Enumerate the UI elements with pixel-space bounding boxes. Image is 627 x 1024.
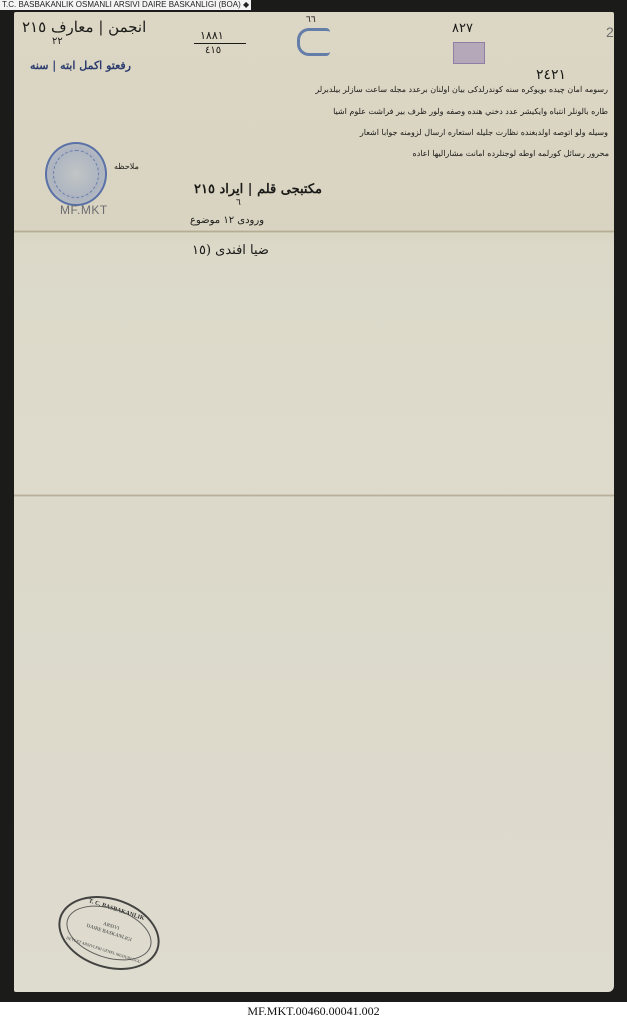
purple-stamp — [453, 42, 485, 64]
top-left-sub: ٢٢ — [52, 36, 63, 47]
top-right-number: ٨٢٧ — [452, 21, 473, 36]
clerk-note: ضيا افندی (١٥ — [192, 243, 269, 258]
top-left-note: انجمن | معارف ٢١٥ — [22, 18, 146, 36]
margin-note: ملاحظه — [114, 162, 139, 171]
arrival-note: ورودی ١٢ موضوع — [190, 215, 264, 226]
reference-number: ٢٤٢١ — [536, 67, 566, 83]
fraction-denominator: ٤١٥ — [205, 45, 221, 56]
fraction-numerator: ١٨٨١ — [200, 29, 224, 42]
register-sub: ٦ — [236, 198, 241, 208]
blue-heading: رفعتو اكمل ابته | سنه — [30, 59, 131, 72]
body-line-2: طاره بالونلر انتباه وايكيشر عدد دخني هند… — [20, 107, 608, 116]
scan-background: T.C. BASBAKANLIK OSMANLI ARSIVI DAIRE BA… — [0, 0, 627, 1002]
register-note: مكتبجی قلم | ایراد ٢١٥ — [194, 182, 322, 197]
archive-header-label: T.C. BASBAKANLIK OSMANLI ARSIVI DAIRE BA… — [0, 0, 251, 10]
blue-stamp-number: ٦٦ — [306, 15, 316, 25]
fraction-bar — [194, 43, 246, 44]
document-page: انجمن | معارف ٢١٥ ٢٢ ١٨٨١ ٤١٥ ٦٦ ٨٢٧ 2 ٢… — [14, 12, 614, 992]
paper-fold-middle — [14, 494, 614, 497]
body-line-4: محرور رسائل كورلمه اوطه لوجنلرده امانت م… — [104, 149, 609, 158]
round-seal — [45, 142, 107, 206]
page-number: 2 — [606, 24, 614, 40]
blue-stamp-mark — [297, 28, 330, 56]
body-line-3: وسيله ولو اتوصه اولدبغنده نظارت جليله اس… — [20, 128, 608, 137]
pencil-mark: MF.MKT — [60, 203, 108, 217]
catalog-reference: MF.MKT.00460.00041.002 — [0, 1004, 627, 1019]
body-line-1: رسومه امان چيده بویوكره سنه كوندرلدكی بي… — [20, 85, 608, 94]
archive-stamp: T. C. BASBAKANLIK ARSIVI DAIRE BASKANLIG… — [49, 884, 170, 983]
paper-fold-upper — [14, 230, 614, 233]
